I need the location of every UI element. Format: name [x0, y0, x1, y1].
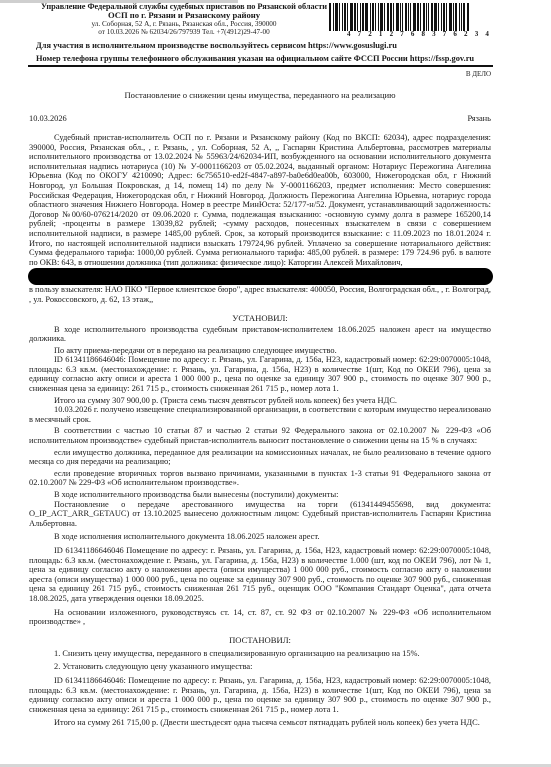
filing-stamp: В ДЕЛО — [29, 70, 491, 78]
barcode-bar — [467, 3, 469, 31]
barcode-bar — [410, 3, 411, 31]
creditor-paragraph: в пользу взыскателя: НАО ПКО "Первое кли… — [29, 285, 491, 304]
barcode-bar — [402, 3, 403, 31]
barcode-bar — [438, 3, 439, 31]
barcode-bar — [463, 3, 465, 31]
barcode-bar — [344, 3, 346, 31]
barcode-bar — [384, 3, 385, 31]
document-date: 10.03.2026 — [29, 114, 67, 123]
barcode-bar — [375, 3, 376, 31]
barcode-digit: 7 — [443, 30, 447, 38]
established-paragraph: ID 61341186646046 Помещение по адресу: г… — [29, 546, 491, 604]
barcode-bar — [443, 3, 445, 31]
barcode-bar — [372, 3, 374, 31]
barcode-bar — [380, 3, 383, 31]
resolved-total: Итого на сумму 261 715,00 р. (Двести шес… — [29, 718, 491, 728]
established-paragraph: На основании изложенного, руководствуясь… — [29, 608, 491, 627]
barcode-bar — [441, 3, 442, 31]
barcode-digit: 6 — [411, 30, 415, 38]
barcode-digit: 6 — [453, 30, 457, 38]
barcode-bar — [347, 3, 348, 31]
established-paragraph: Итого на сумму 307 900,00 р. (Триста сем… — [29, 396, 491, 406]
barcode-bar — [378, 3, 379, 31]
barcode-bar — [417, 3, 419, 31]
barcode-bar — [446, 3, 447, 31]
intro-paragraph: Судебный пристав-исполнитель ОСП по г. Р… — [29, 133, 491, 267]
barcode-bar — [459, 3, 460, 31]
resolved-item: 1. Снизить цену имущества, переданного в… — [29, 649, 491, 659]
barcode-bars — [329, 3, 499, 31]
barcode-bar — [434, 3, 437, 31]
hotline-notice: Номер телефона группы телефонного обслуж… — [36, 54, 491, 63]
established-paragraph: Постановление о передаче арестованного и… — [29, 500, 491, 529]
established-paragraph: В ходе исполнительного производства суде… — [29, 325, 491, 344]
barcode-bar — [342, 3, 343, 31]
resolved-item: ID 61341186646046: Помещение по адресу: … — [29, 676, 491, 714]
document-city: Рязань — [467, 114, 491, 123]
established-paragraph: В ходе исполнения исполнительного докуме… — [29, 532, 491, 542]
date-city-row: 10.03.2026 Рязань — [29, 114, 491, 123]
barcode-digit: 2 — [368, 30, 372, 38]
resolved-heading: ПОСТАНОВИЛ: — [29, 635, 491, 645]
barcode-bar — [333, 3, 334, 31]
barcode-bar — [396, 3, 399, 31]
barcode-bar — [370, 3, 371, 31]
barcode-bar — [461, 3, 462, 31]
barcode-bar — [428, 3, 429, 31]
barcode-digit: 2 — [464, 30, 468, 38]
barcode-bar — [393, 3, 394, 31]
barcode-digit: 2 — [390, 30, 394, 38]
barcode-bar — [449, 3, 452, 31]
barcode-digit: 3 — [432, 30, 436, 38]
barcode-bar — [365, 3, 368, 31]
barcode-bar — [423, 3, 425, 31]
barcode-digit: 4 — [485, 30, 489, 38]
document-page: Управление Федеральной службы судебных п… — [29, 0, 491, 728]
barcode-bar — [413, 3, 416, 31]
gosuslugi-notice: Для участия в исполнительном производств… — [36, 41, 491, 50]
established-paragraph: 10.03.2026 г. получено извещение специал… — [29, 405, 491, 424]
established-heading: УСТАНОВИЛ: — [29, 313, 491, 323]
barcode-bar — [455, 3, 457, 31]
barcode-bar — [420, 3, 421, 31]
barcode-digit: 7 — [358, 30, 362, 38]
established-paragraph: По акту приема-передачи от в передано на… — [29, 346, 491, 356]
letterhead: Управление Федеральной службы судебных п… — [29, 0, 491, 35]
barcode-bar — [339, 3, 340, 31]
established-paragraph: В ходе исполнительного производства были… — [29, 490, 491, 500]
barcode-bar — [426, 3, 427, 31]
document-title: Постановление о снижении цены имущества,… — [29, 90, 491, 100]
established-paragraph: ID 61341186646046: Помещение по адресу: … — [29, 355, 491, 393]
barcode-digit: 8 — [421, 30, 425, 38]
established-paragraph: если имущество должника, переданное для … — [29, 448, 491, 467]
established-paragraph: если проведение вторичных торгов вызвано… — [29, 469, 491, 488]
barcode-bar — [405, 3, 407, 31]
established-paragraph: В соответствии с частью 10 статьи 87 и ч… — [29, 426, 491, 445]
barcode-bar — [453, 3, 454, 31]
barcode-bar — [390, 3, 392, 31]
redaction-bar — [28, 268, 493, 285]
barcode-digit: 1 — [379, 30, 383, 38]
agency-address: ул. Соборная, 52 А, г. Рязань, Рязанская… — [29, 20, 339, 28]
barcode-bar — [387, 3, 389, 31]
resolved-item: 2. Установить следующую цену указанного … — [29, 662, 491, 672]
barcode-bar — [408, 3, 409, 31]
barcode-digits: 47212768376234 — [329, 30, 499, 38]
barcode-bar — [335, 3, 338, 31]
barcode-bar — [329, 3, 331, 31]
agency-block: Управление Федеральной службы судебных п… — [29, 3, 339, 36]
barcode-digit: 7 — [400, 30, 404, 38]
header-divider — [28, 65, 493, 67]
department-name: ОСП по г. Рязани и Рязанскому району — [29, 11, 339, 19]
barcode-bar — [357, 3, 358, 31]
barcode-bar — [431, 3, 433, 31]
barcode-bar — [362, 3, 364, 31]
barcode-bar — [360, 3, 361, 31]
barcode-digit: 4 — [347, 30, 351, 38]
barcode-digit: 3 — [475, 30, 479, 38]
barcode-bar — [400, 3, 401, 31]
barcode-bar — [350, 3, 353, 31]
outgoing-number: от 10.03.2026 № 62034/26/797939 Тел. +7(… — [29, 28, 339, 36]
barcode-bar — [354, 3, 356, 31]
barcode: 47212768376234 — [329, 3, 499, 39]
